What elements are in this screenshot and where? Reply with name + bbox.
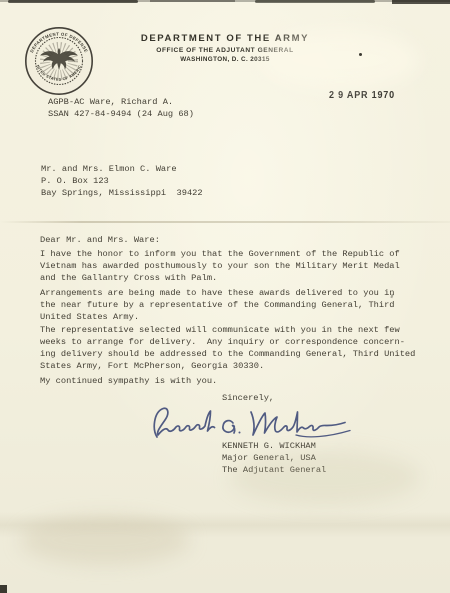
scan-edge-mark	[392, 0, 450, 4]
reference-block: AGPB-AC Ware, Richard A. SSAN 427-84-949…	[48, 96, 194, 120]
signature-period	[239, 432, 241, 434]
scan-edge-mark	[255, 0, 375, 3]
ink-speck	[359, 53, 362, 56]
scan-edge-mark	[8, 0, 138, 3]
paper-stain	[230, 450, 420, 505]
scanned-letter: DEPARTMENT OF DEFENSE DEPARTMENT OF DEFE…	[0, 0, 450, 593]
recipient-address: Mr. and Mrs. Elmon C. Ware P. O. Box 123…	[41, 163, 203, 199]
body-paragraph-2: Arrangements are being made to have thes…	[40, 287, 395, 323]
date-stamp: 2 9 APR 1970	[329, 90, 395, 101]
signature-stroke-first-name	[154, 408, 214, 437]
signature-stroke-middle-initial	[223, 421, 235, 433]
paper-stain	[20, 515, 190, 565]
body-paragraph-3: The representative selected will communi…	[40, 324, 415, 372]
body-paragraph-4: My continued sympathy is with you.	[40, 375, 217, 387]
scan-edge-mark	[150, 0, 235, 2]
signature-flourish	[296, 431, 350, 437]
scan-corner-mark	[0, 585, 7, 593]
body-paragraph-1: I have the honor to inform you that the …	[40, 248, 400, 284]
paper-highlight	[260, 30, 420, 90]
signature-stroke-last-name	[251, 412, 345, 435]
paper-crease	[0, 221, 450, 223]
salutation: Dear Mr. and Mrs. Ware:	[40, 234, 160, 246]
